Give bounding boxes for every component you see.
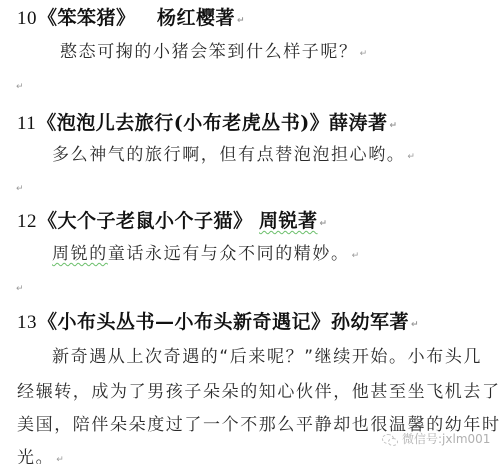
paragraph-mark-icon: ↵ (360, 49, 369, 59)
watermark-text: 微信号:jxlm001 (402, 430, 490, 447)
watermark: 微信号:jxlm001 (382, 430, 490, 447)
paragraph-mark-icon: ↵ (320, 219, 328, 229)
entry-number: 12 (17, 211, 37, 232)
description-text: 憨态可掬的小猪会笨到什么样子呢？ (60, 42, 358, 62)
entry-13-description-line-1: 新奇遇从上次奇遇的“后来呢？”继续开始。小布头几 (52, 346, 482, 368)
book-author: 周锐著 (259, 210, 318, 232)
description-text: 新奇遇从上次奇遇的“后来呢？”继续开始。小布头几 (52, 347, 482, 367)
book-title: 《大个子老鼠小个子猫》 (38, 210, 253, 232)
author-wrap: 周锐著↵ (259, 210, 328, 235)
entry-11-heading: 11《泡泡儿去旅行(小布老虎丛书)》 薛涛著↵ (17, 112, 497, 135)
book-title: 《笨笨猪》 (38, 7, 136, 29)
paragraph-mark-icon: ↵ (16, 184, 24, 194)
entry-10-heading: 10《笨笨猪》 杨红樱著↵ (17, 7, 497, 30)
book-title: 《小布头丛书—小布头新奇遇记》 (38, 311, 331, 333)
wechat-icon (382, 433, 398, 445)
description-text: 童话永远有与众不同的精妙。 (108, 244, 350, 264)
description-text: 光。 (17, 448, 54, 464)
entry-number: 10 (17, 8, 37, 29)
entry-11-description: 多么神气的旅行啊，但有点替泡泡担心哟。↵ (52, 144, 417, 168)
paragraph-mark-icon: ↵ (237, 16, 245, 26)
author-wrap: 杨红樱著↵ (157, 7, 245, 32)
entry-12-heading: 12《大个子老鼠小个子猫》 周锐著↵ (17, 210, 497, 233)
book-author: 薛涛著 (329, 112, 388, 134)
paragraph-mark-icon: ↵ (56, 455, 65, 464)
entry-number: 13 (17, 312, 37, 333)
entry-10-description: 憨态可掬的小猪会笨到什么样子呢？↵ (60, 41, 369, 65)
entry-13-description-line-4: 光。↵ (17, 447, 65, 464)
paragraph-mark-icon: ↵ (411, 320, 419, 330)
book-author: 杨红樱著 (157, 7, 235, 29)
author-wrap: 孙幼军著↵ (331, 311, 419, 336)
book-title: 《泡泡儿去旅行(小布老虎丛书)》 (37, 112, 329, 134)
paragraph-mark-icon: ↵ (352, 251, 361, 261)
entry-12-description: 周锐的童话永远有与众不同的精妙。↵ (52, 243, 361, 267)
description-underlined-text: 周锐的 (52, 244, 108, 264)
entry-13-description-line-2: 经辗转，成为了男孩子朵朵的知心伙伴，他甚至坐飞机去了 (17, 381, 500, 403)
author-wrap: 薛涛著↵ (329, 112, 398, 137)
paragraph-mark-icon: ↵ (407, 152, 416, 162)
paragraph-mark-icon: ↵ (390, 121, 398, 131)
paragraph-mark-icon: ↵ (16, 284, 24, 294)
paragraph-mark-icon: ↵ (16, 82, 24, 92)
entry-number: 11 (17, 113, 36, 134)
book-author: 孙幼军著 (331, 311, 409, 333)
description-text: 多么神气的旅行啊，但有点替泡泡担心哟。 (52, 145, 405, 165)
entry-13-heading: 13《小布头丛书—小布头新奇遇记》 孙幼军著↵ (17, 311, 497, 334)
description-text: 经辗转，成为了男孩子朵朵的知心伙伴，他甚至坐飞机去了 (17, 382, 500, 402)
